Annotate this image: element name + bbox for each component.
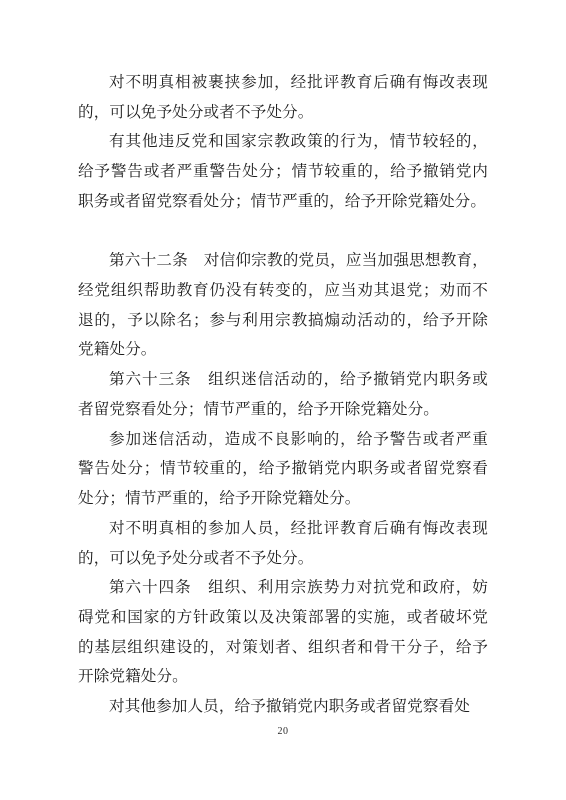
text-line: 给予警告或者严重警告处分；情节较重的，给予撤销党内 <box>78 157 488 187</box>
text-line: 碍党和国家的方针政策以及决策部署的实施，或者破坏党 <box>78 603 488 633</box>
text-line: 对不明真相被裹挟参加，经批评教育后确有悔改表现 <box>78 68 488 98</box>
text-line-article-62: 第六十二条 对信仰宗教的党员，应当加强思想教育， <box>78 246 488 276</box>
text-line: 的，可以免予处分或者不予处分。 <box>78 98 488 128</box>
text-line: 参加迷信活动，造成不良影响的，给予警告或者严重 <box>78 425 488 455</box>
text-block: 对不明真相被裹挟参加，经批评教育后确有悔改表现 的，可以免予处分或者不予处分。 … <box>78 68 488 722</box>
text-line: 有其他违反党和国家宗教政策的行为，情节较轻的， <box>78 127 488 157</box>
page-number: 20 <box>78 726 488 737</box>
text-line: 的基层组织建设的，对策划者、组织者和骨干分子，给予 <box>78 633 488 663</box>
text-line: 者留党察看处分；情节严重的，给予开除党籍处分。 <box>78 395 488 425</box>
text-line: 党籍处分。 <box>78 335 488 365</box>
text-line-article-63: 第六十三条 组织迷信活动的，给予撤销党内职务或 <box>78 365 488 395</box>
text-line-article-64: 第六十四条 组织、利用宗族势力对抗党和政府，妨 <box>78 573 488 603</box>
text-line: 退的，予以除名；参与利用宗教搞煽动活动的，给予开除 <box>78 306 488 336</box>
text-line: 开除党籍处分。 <box>78 662 488 692</box>
text-line: 的，可以免予处分或者不予处分。 <box>78 544 488 574</box>
text-line: 职务或者留党察看处分；情节严重的，给予开除党籍处分。 <box>78 187 488 217</box>
text-line: 经党组织帮助教育仍没有转变的，应当劝其退党；劝而不 <box>78 276 488 306</box>
text-line: 警告处分；情节较重的，给予撤销党内职务或者留党察看 <box>78 454 488 484</box>
blank-line <box>78 217 488 247</box>
text-line: 处分；情节严重的，给予开除党籍处分。 <box>78 484 488 514</box>
text-line: 对其他参加人员，给予撤销党内职务或者留党察看处 <box>78 692 488 722</box>
document-page: 对不明真相被裹挟参加，经批评教育后确有悔改表现 的，可以免予处分或者不予处分。 … <box>0 0 566 800</box>
text-line: 对不明真相的参加人员，经批评教育后确有悔改表现 <box>78 514 488 544</box>
